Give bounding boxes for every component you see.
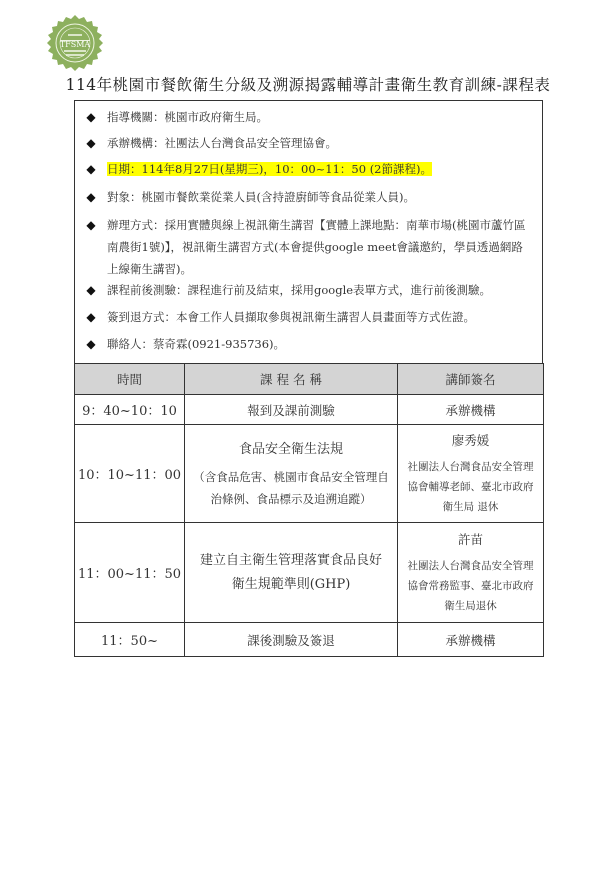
table-row: 9：40~10：10 報到及課前測驗 承辦機構 <box>75 395 544 425</box>
info-item-organizer: ◆ 承辦機構：社團法人台灣食品安全管理協會。 <box>75 132 527 154</box>
course-title: 食品安全衛生法規 <box>185 438 397 462</box>
info-text: 承辦機構：社團法人台灣食品安全管理協會。 <box>107 132 527 154</box>
diamond-bullet-icon: ◆ <box>75 186 107 208</box>
course-subtitle: （含食品危害、桃園市食品安全管理自治條例、食品標示及追溯追蹤） <box>185 466 397 510</box>
info-text: 辦理方式：採用實體與線上視訊衛生講習【實體上課地點：南華市場(桃園市蘆竹區南農街… <box>107 214 527 280</box>
info-text: 聯絡人：蔡奇霖(0921-935736)。 <box>107 333 527 355</box>
table-row: 11：50~ 課後測驗及簽退 承辦機構 <box>75 623 544 657</box>
diamond-bullet-icon: ◆ <box>75 106 107 128</box>
course-cell: 食品安全衛生法規 （含食品危害、桃園市食品安全管理自治條例、食品標示及追溯追蹤） <box>185 425 398 523</box>
diamond-bullet-icon: ◆ <box>75 306 107 328</box>
lecturer-name: 廖秀媛 <box>398 431 543 451</box>
svg-text:TFSMA: TFSMA <box>60 40 91 49</box>
lecturer-name: 許苗 <box>398 530 543 550</box>
info-text: 對象：桃園市餐飲業從業人員(含持證廚師等食品從業人員)。 <box>107 186 527 208</box>
time-cell: 11：00~11：50 <box>75 523 185 623</box>
info-item-tests: ◆ 課程前後測驗：課程進行前及結束，採用google表單方式，進行前後測驗。 <box>75 279 527 301</box>
lecturer-cell: 承辦機構 <box>398 395 544 425</box>
table-header-row: 時間 課 程 名 稱 講師簽名 <box>75 364 544 395</box>
lecturer-cell: 許苗 社團法人台灣食品安全管理協會常務監事、臺北市政府衛生局退休 <box>398 523 544 623</box>
info-item-date: ◆ 日期：114年8月27日(星期三)，10：00~11：50 (2節課程)。 <box>75 158 527 180</box>
table-row: 10：10~11：00 食品安全衛生法規 （含食品危害、桃園市食品安全管理自治條… <box>75 425 544 523</box>
course-cell: 報到及課前測驗 <box>185 395 398 425</box>
time-cell: 11：50~ <box>75 623 185 657</box>
info-item-audience: ◆ 對象：桃園市餐飲業從業人員(含持證廚師等食品從業人員)。 <box>75 186 527 208</box>
info-text: 課程前後測驗：課程進行前及結束，採用google表單方式，進行前後測驗。 <box>107 279 527 301</box>
time-cell: 10：10~11：00 <box>75 425 185 523</box>
diamond-bullet-icon: ◆ <box>75 158 107 180</box>
lecturer-description: 社團法人台灣食品安全管理協會常務監事、臺北市政府衛生局退休 <box>398 556 543 616</box>
diamond-bullet-icon: ◆ <box>75 279 107 301</box>
info-item-signin: ◆ 簽到退方式：本會工作人員擷取參與視訊衛生講習人員畫面等方式佐證。 <box>75 306 527 328</box>
lecturer-description: 社團法人台灣食品安全管理協會輔導老師、臺北市政府衛生局 退休 <box>398 457 543 517</box>
time-cell: 9：40~10：10 <box>75 395 185 425</box>
diamond-bullet-icon: ◆ <box>75 214 107 236</box>
course-cell: 課後測驗及簽退 <box>185 623 398 657</box>
header-time: 時間 <box>75 364 185 395</box>
document-title: 114年桃園市餐飲衛生分級及溯源揭露輔導計畫衛生教育訓練-課程表 <box>0 73 616 95</box>
lecturer-cell: 承辦機構 <box>398 623 544 657</box>
info-item-contact: ◆ 聯絡人：蔡奇霖(0921-935736)。 <box>75 333 527 355</box>
badge-icon: TFSMA <box>46 14 104 72</box>
header-course: 課 程 名 稱 <box>185 364 398 395</box>
info-text: 簽到退方式：本會工作人員擷取參與視訊衛生講習人員畫面等方式佐證。 <box>107 306 527 328</box>
info-item-method: ◆ 辦理方式：採用實體與線上視訊衛生講習【實體上課地點：南華市場(桃園市蘆竹區南… <box>75 214 527 280</box>
schedule-table: 時間 課 程 名 稱 講師簽名 9：40~10：10 報到及課前測驗 承辦機構 … <box>74 363 544 657</box>
diamond-bullet-icon: ◆ <box>75 333 107 355</box>
info-item-guidance: ◆ 指導機關：桃園市政府衛生局。 <box>75 106 527 128</box>
table-row: 11：00~11：50 建立自主衛生管理落實食品良好衛生規範準則(GHP) 許苗… <box>75 523 544 623</box>
diamond-bullet-icon: ◆ <box>75 132 107 154</box>
lecturer-cell: 廖秀媛 社團法人台灣食品安全管理協會輔導老師、臺北市政府衛生局 退休 <box>398 425 544 523</box>
info-box: ◆ 指導機關：桃園市政府衛生局。 ◆ 承辦機構：社團法人台灣食品安全管理協會。 … <box>74 100 543 363</box>
info-text: 指導機關：桃園市政府衛生局。 <box>107 106 527 128</box>
course-cell: 建立自主衛生管理落實食品良好衛生規範準則(GHP) <box>185 523 398 623</box>
header-lecturer: 講師簽名 <box>398 364 544 395</box>
course-title: 建立自主衛生管理落實食品良好衛生規範準則(GHP) <box>185 549 397 597</box>
highlighted-date-text: 日期：114年8月27日(星期三)，10：00~11：50 (2節課程)。 <box>107 162 432 176</box>
tfsma-logo: TFSMA <box>46 14 104 72</box>
